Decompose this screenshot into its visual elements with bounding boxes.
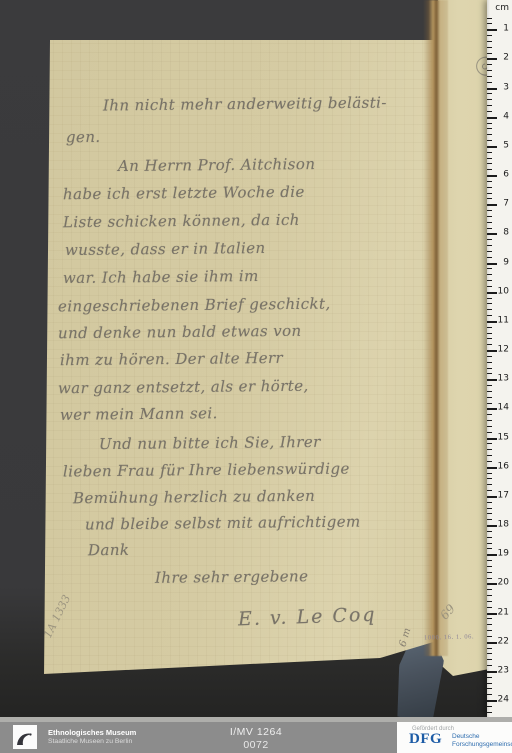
page-fold	[423, 0, 448, 656]
ruler-tick	[487, 712, 492, 713]
ruler-tick	[487, 117, 497, 119]
date-stamp: 1000. 16. 1. 06.	[424, 633, 474, 641]
ruler-number: 9	[503, 257, 509, 267]
ruler-tick	[487, 607, 492, 608]
ruler-tick	[487, 222, 492, 223]
ruler-tick	[487, 373, 492, 374]
handwriting-line: habe ich erst letzte Woche die	[63, 183, 305, 204]
ruler-tick	[487, 158, 492, 159]
signature: E. v. Le Coq	[238, 604, 377, 631]
ruler-tick	[487, 70, 492, 71]
ruler-tick	[487, 706, 492, 707]
ruler-tick	[487, 111, 492, 112]
ruler-number: 13	[498, 374, 509, 384]
ruler-tick	[487, 169, 492, 170]
ruler-tick	[487, 624, 492, 625]
ruler-tick	[487, 560, 492, 561]
ruler-number: 22	[498, 636, 509, 646]
ruler-number: 19	[498, 549, 509, 559]
footer-bar: Ethnologisches Museum Staatliche Museen …	[0, 722, 512, 753]
handwriting-line: war. Ich habe sie ihm im	[63, 267, 259, 287]
ruler-tick	[487, 216, 492, 217]
ruler-tick	[487, 105, 492, 106]
ruler-tick	[487, 438, 497, 440]
ruler-tick	[487, 368, 492, 369]
ruler-tick	[487, 665, 492, 666]
ruler-tick	[487, 379, 497, 381]
ruler-tick	[487, 688, 492, 689]
ruler-tick	[487, 566, 492, 567]
ruler-tick	[487, 583, 497, 585]
handwriting-line: und denke nun bald etwas von	[58, 322, 302, 343]
ruler-tick	[487, 338, 492, 339]
ruler-tick	[487, 187, 492, 188]
ruler-tick	[487, 303, 492, 304]
ruler-tick	[487, 589, 492, 590]
cm-ruler: cm 1234567891011121314151617181920212223…	[487, 0, 512, 717]
ruler-tick	[487, 490, 492, 491]
ruler-tick	[487, 41, 492, 42]
ruler-tick	[487, 385, 492, 386]
closing-line: Ihre sehr ergebene	[155, 567, 309, 587]
ruler-tick	[487, 280, 492, 281]
ruler-number: 12	[498, 345, 509, 355]
ruler-tick	[487, 47, 492, 48]
ruler-number: 20	[498, 578, 509, 588]
ruler-tick	[487, 123, 492, 124]
ruler-tick	[487, 420, 492, 421]
ruler-number: 15	[498, 432, 509, 442]
ruler-tick	[487, 642, 497, 644]
ruler-tick	[487, 449, 492, 450]
ruler-number: 2	[503, 53, 509, 63]
ruler-tick	[487, 455, 492, 456]
ruler-tick	[487, 414, 492, 415]
ruler-tick	[487, 613, 497, 615]
ruler-tick	[487, 274, 492, 275]
ruler-number: 3	[503, 82, 509, 92]
ruler-tick	[487, 193, 492, 194]
handwriting-line: Bemühung herzlich zu danken	[73, 487, 315, 508]
ruler-tick	[487, 700, 497, 702]
ruler-tick	[487, 636, 492, 637]
ruler-tick	[487, 181, 492, 182]
handwriting-line: eingeschriebenen Brief geschickt,	[58, 295, 331, 316]
ruler-tick	[487, 198, 492, 199]
ruler-tick	[487, 677, 492, 678]
ruler-number: 21	[498, 607, 509, 617]
ruler-tick	[487, 99, 492, 100]
scanned-letter-page: Ihn nicht mehr anderweitig belästi- gen.…	[0, 0, 512, 753]
ruler-number: 18	[498, 520, 509, 530]
ruler-tick	[487, 58, 497, 60]
handwriting-line: gen.	[66, 128, 101, 146]
ruler-tick	[487, 233, 497, 235]
ruler-tick	[487, 362, 492, 363]
ruler-tick	[487, 263, 497, 265]
ruler-tick	[487, 461, 492, 462]
ruler-tick	[487, 23, 492, 24]
ruler-tick	[487, 502, 492, 503]
ruler-tick	[487, 146, 497, 148]
handwriting-line: ihm zu hören. Der alte Herr	[60, 349, 283, 369]
ruler-tick	[487, 554, 497, 556]
ruler-tick	[487, 286, 492, 287]
ruler-number: 1	[503, 24, 509, 34]
ruler-tick	[487, 251, 492, 252]
ruler-tick	[487, 601, 492, 602]
ruler-tick	[487, 35, 492, 36]
ruler-tick	[487, 683, 492, 684]
ruler-tick	[487, 525, 497, 527]
ruler-tick	[487, 245, 492, 246]
ruler-tick	[487, 204, 497, 206]
ruler-number: 8	[503, 228, 509, 238]
ruler-tick	[487, 315, 492, 316]
letter-sheet: Ihn nicht mehr anderweitig belästi- gen.…	[44, 40, 440, 674]
ruler-tick	[487, 508, 492, 509]
handwriting-line: Und nun bitte ich Sie, Ihrer	[99, 433, 321, 453]
ruler-number: 14	[498, 403, 509, 413]
ruler-tick	[487, 82, 492, 83]
ruler-number: 16	[498, 461, 509, 471]
ruler-tick	[487, 578, 492, 579]
ruler-tick	[487, 543, 492, 544]
ruler-unit-label: cm	[495, 3, 509, 13]
ruler-tick	[487, 321, 497, 323]
ruler-number: 7	[503, 199, 509, 209]
ruler-tick	[487, 76, 492, 77]
ruler-tick	[487, 548, 492, 549]
ruler-tick	[487, 653, 492, 654]
ruler-tick	[487, 397, 492, 398]
ruler-tick	[487, 327, 492, 328]
ruler-tick	[487, 93, 492, 94]
ruler-tick	[487, 531, 492, 532]
ruler-tick	[487, 350, 497, 352]
ruler-tick	[487, 694, 492, 695]
ruler-tick	[487, 333, 492, 334]
ruler-tick	[487, 648, 492, 649]
ruler-tick	[487, 175, 497, 177]
ruler-tick	[487, 537, 492, 538]
ruler-number: 11	[498, 315, 509, 325]
ruler-tick	[487, 467, 497, 469]
ruler-tick	[487, 403, 492, 404]
ruler-tick	[487, 257, 492, 258]
ruler-tick	[487, 298, 492, 299]
ruler-tick	[487, 64, 492, 65]
ruler-number: 6	[503, 170, 509, 180]
ruler-tick	[487, 432, 492, 433]
handwriting-line: An Herrn Prof. Aitchison	[118, 155, 316, 175]
dfg-org-line2: Forschungsgemeinschaft	[452, 741, 512, 748]
ruler-tick	[487, 239, 492, 240]
ruler-tick	[487, 443, 492, 444]
ruler-tick	[487, 473, 492, 474]
ruler-tick	[487, 344, 492, 345]
ruler-tick	[487, 29, 497, 31]
ruler-number: 10	[498, 286, 509, 296]
ruler-tick	[487, 671, 497, 673]
ruler-tick	[487, 228, 492, 229]
ruler-tick	[487, 659, 492, 660]
ruler-tick	[487, 426, 492, 427]
ruler-tick	[487, 309, 492, 310]
ruler-tick	[487, 210, 492, 211]
dfg-panel: Gefördert durch DFG Deutsche Forschungsg…	[397, 722, 512, 753]
ruler-tick	[487, 484, 492, 485]
ruler-tick	[487, 18, 492, 19]
ruler-number: 24	[498, 695, 509, 705]
ruler-tick	[487, 356, 492, 357]
ruler-tick	[487, 630, 492, 631]
ruler-tick	[487, 134, 492, 135]
handwriting-line: lieben Frau für Ihre liebenswürdige	[63, 459, 350, 480]
ruler-tick	[487, 496, 497, 498]
ruler-tick	[487, 513, 492, 514]
ruler-number: 23	[498, 665, 509, 675]
ruler-tick	[487, 268, 492, 269]
handwriting-line: und bleibe selbst mit aufrichtigem	[85, 513, 361, 534]
handwriting-line: wer mein Mann sei.	[60, 404, 218, 424]
ruler-tick	[487, 292, 497, 294]
handwriting-line: war ganz entsetzt, als er hörte,	[58, 377, 309, 398]
handwriting-line: Dank	[88, 541, 130, 559]
ruler-tick	[487, 88, 497, 90]
ruler-tick	[487, 53, 492, 54]
handwriting-line: wusste, dass er in Italien	[65, 239, 266, 259]
handwriting-line: Liste schicken können, da ich	[63, 211, 300, 231]
ruler-tick	[487, 595, 492, 596]
ruler-tick	[487, 478, 492, 479]
dfg-logo: DFG	[409, 731, 442, 748]
ruler-tick	[487, 152, 492, 153]
ruler-tick	[487, 163, 492, 164]
ruler-tick	[487, 140, 492, 141]
ruler-tick	[487, 519, 492, 520]
ruler-tick	[487, 408, 497, 410]
ruler-tick	[487, 128, 492, 129]
dfg-org-line1: Deutsche	[452, 733, 479, 740]
ruler-number: 5	[503, 140, 509, 150]
ruler-number: 17	[498, 490, 509, 500]
ruler-tick	[487, 572, 492, 573]
ruler-number: 4	[503, 111, 509, 121]
ruler-tick	[487, 391, 492, 392]
ruler-tick	[487, 618, 492, 619]
handwriting-line: Ihn nicht mehr anderweitig belästi-	[103, 94, 387, 115]
